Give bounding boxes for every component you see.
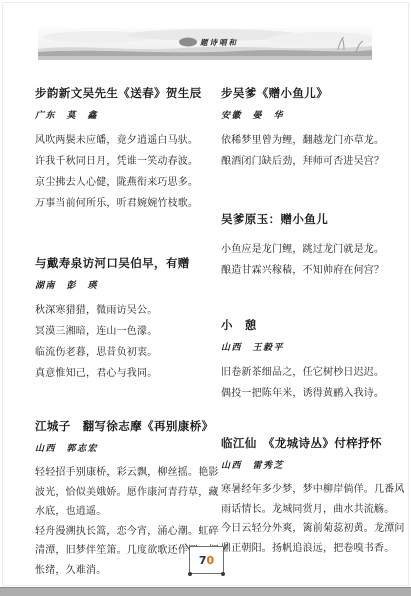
page-bottom-edge — [0, 587, 411, 596]
poem-line: 偶投一把陈年米，诱得黄鹂入我诗。 — [221, 383, 399, 404]
page-number-ornament: 7 0 — [189, 546, 224, 574]
poem-section: 与戴寿泉访河口吴伯早，有赠 湖南 彭 瑛 秋深寒猎猎，微雨访吴公。 冥漠三湘暗，… — [35, 256, 213, 384]
poem-line: 小鱼应是龙门鲤，跳过龙门就是龙。 — [221, 239, 399, 260]
poem-author-byline: 广东 莫 鑫 — [35, 108, 213, 121]
poem-line: 今日云轻分外爽，篱前菊蕊初黄。龙潭问 — [221, 519, 399, 539]
poem-line: 轻轻招手别康桥，彩云飘，柳丝摇。艳影 — [35, 463, 213, 483]
poem-section: 吴爹原玉：赠小鱼儿 小鱼应是龙门鲤，跳过龙门就是龙。 酿造甘霖兴稼穑，不知帅府在… — [221, 212, 399, 281]
poem-section: 小 憩 山西 王毅平 旧卷新茶细品之，任它树杪日迟迟。 偶投一把陈年米，诱得黄鹂… — [221, 318, 399, 404]
poem-author-byline: 山西 雷秀芝 — [221, 458, 399, 471]
poem-title: 吴爹原玉：赠小鱼儿 — [221, 212, 399, 226]
corner-dot-icon — [221, 572, 225, 576]
poem-title: 江城子 翻写徐志摩《再别康桥》 — [35, 419, 213, 433]
poem-body: 小鱼应是龙门鲤，跳过龙门就是龙。 酿造甘霖兴稼穑，不知帅府在何宫？ — [221, 239, 399, 281]
right-column: 步吴爹《赠小鱼儿》 安徽 晏 华 依稀梦里曾为鲤，翻越龙门亦草龙。 酿酒闭门缺后… — [221, 82, 399, 558]
poem-title: 与戴寿泉访河口吴伯早，有赠 — [35, 256, 213, 270]
poem-line: 万事当前何所乐，听君婉婉竹枝歌。 — [35, 193, 213, 214]
page-number-digit: 7 — [199, 554, 207, 567]
poem-body: 轻轻招手别康桥，彩云飘，柳丝摇。艳影 波光，恰似美娥娇。愿作康河青荇草，藏 水底… — [35, 463, 213, 580]
poem-body: 风吹两鬓未应皤，竟夕逍遥白马驮。 许我千秋同日月，凭谁一笑动春波。 京尘拂去人心… — [35, 130, 213, 214]
poem-section: 步吴爹《赠小鱼儿》 安徽 晏 华 依稀梦里曾为鲤，翻越龙门亦草龙。 酿酒闭门缺后… — [221, 86, 399, 172]
left-column: 步韵新文吴先生《送春》贺生辰 广东 莫 鑫 风吹两鬓未应皤，竟夕逍遥白马驮。 许… — [35, 82, 213, 580]
poem-line: 雨话情长。龙城同赏月，曲水共流觞。 — [221, 500, 399, 520]
poem-line: 酿造甘霖兴稼穑，不知帅府在何宫？ — [221, 260, 399, 281]
poem-line: 波光，恰似美娥娇。愿作康河青荇草，藏 — [35, 483, 213, 503]
poem-body: 寒暑经年多少梦，梦中柳岸倘佯。几番风 雨话情长。龙城同赏月，曲水共流觞。 今日云… — [221, 480, 399, 558]
poem-body: 秋深寒猎猎，微雨访吴公。 冥漠三湘暗，连山一色濛。 临流伤老暮，思昔负初衷。 真… — [35, 300, 213, 384]
poem-title: 步韵新文吴先生《送春》贺生辰 — [35, 86, 213, 100]
poem-line: 旧卷新茶细品之，任它树杪日迟迟。 — [221, 362, 399, 383]
poem-author-byline: 湖南 彭 瑛 — [35, 278, 213, 291]
poem-line: 寒暑经年多少梦，梦中柳岸倘佯。几番风 — [221, 480, 399, 500]
poem-line: 清潭，旧梦伴笙箫。几度欲歌还作罢，惆 — [35, 541, 213, 561]
rock-art — [179, 38, 197, 47]
page-number-digit: 0 — [207, 554, 215, 567]
poem-line: 怅绪，久难消。 — [35, 561, 213, 581]
poem-line: 京尘拂去人心健，陇燕衔来巧思多。 — [35, 172, 213, 193]
poem-line: 水底，也逍遥。 — [35, 502, 213, 522]
poem-section: 临江仙 《龙城诗丛》付梓抒怀 山西 雷秀芝 寒暑经年多少梦，梦中柳岸倘佯。几番风… — [221, 436, 399, 558]
book-page: 题诗唱和 步韵新文吴先生《送春》贺生辰 广东 莫 鑫 风吹两鬓未应皤，竟夕逍遥白… — [0, 0, 411, 596]
poem-line: 真意惟知己，君心与我同。 — [35, 363, 213, 384]
poem-line: 轻舟漫溯执长篙，恋今宵，涌心潮。虹碎 — [35, 522, 213, 542]
landscape-art: 题诗唱和 — [38, 28, 372, 60]
poem-title: 小 憩 — [221, 318, 399, 332]
poem-line: 许我千秋同日月，凭谁一笑动春波。 — [35, 151, 213, 172]
poem-author-byline: 山西 王毅平 — [221, 340, 399, 353]
poem-line: 风吹两鬓未应皤，竟夕逍遥白马驮。 — [35, 130, 213, 151]
poem-line: 依稀梦里曾为鲤，翻越龙门亦草龙。 — [221, 130, 399, 151]
banner-calligraphy: 题诗唱和 — [199, 38, 238, 47]
poem-line: 冥漠三湘暗，连山一色濛。 — [35, 321, 213, 342]
poem-line: 酿酒闭门缺后劲，拜师可否进吴宫？ — [221, 151, 399, 172]
poem-title: 步吴爹《赠小鱼儿》 — [221, 86, 399, 100]
poem-title: 临江仙 《龙城诗丛》付梓抒怀 — [221, 436, 399, 450]
header-banner: 题诗唱和 — [38, 28, 372, 60]
poem-author-byline: 山西 郭志宏 — [35, 441, 213, 454]
poem-section: 江城子 翻写徐志摩《再别康桥》 山西 郭志宏 轻轻招手别康桥，彩云飘，柳丝摇。艳… — [35, 419, 213, 580]
poem-line: 鼎正朝阳。扬帆追浪远，把卷嗅书香。 — [221, 539, 399, 559]
poem-body: 旧卷新茶细品之，任它树杪日迟迟。 偶投一把陈年米，诱得黄鹂入我诗。 — [221, 362, 399, 404]
poem-section: 步韵新文吴先生《送春》贺生辰 广东 莫 鑫 风吹两鬓未应皤，竟夕逍遥白马驮。 许… — [35, 86, 213, 214]
poem-line: 秋深寒猎猎，微雨访吴公。 — [35, 300, 213, 321]
poem-author-byline: 安徽 晏 华 — [221, 108, 399, 121]
poem-line: 临流伤老暮，思昔负初衷。 — [35, 342, 213, 363]
poem-body: 依稀梦里曾为鲤，翻越龙门亦草龙。 酿酒闭门缺后劲，拜师可否进吴宫？ — [221, 130, 399, 172]
